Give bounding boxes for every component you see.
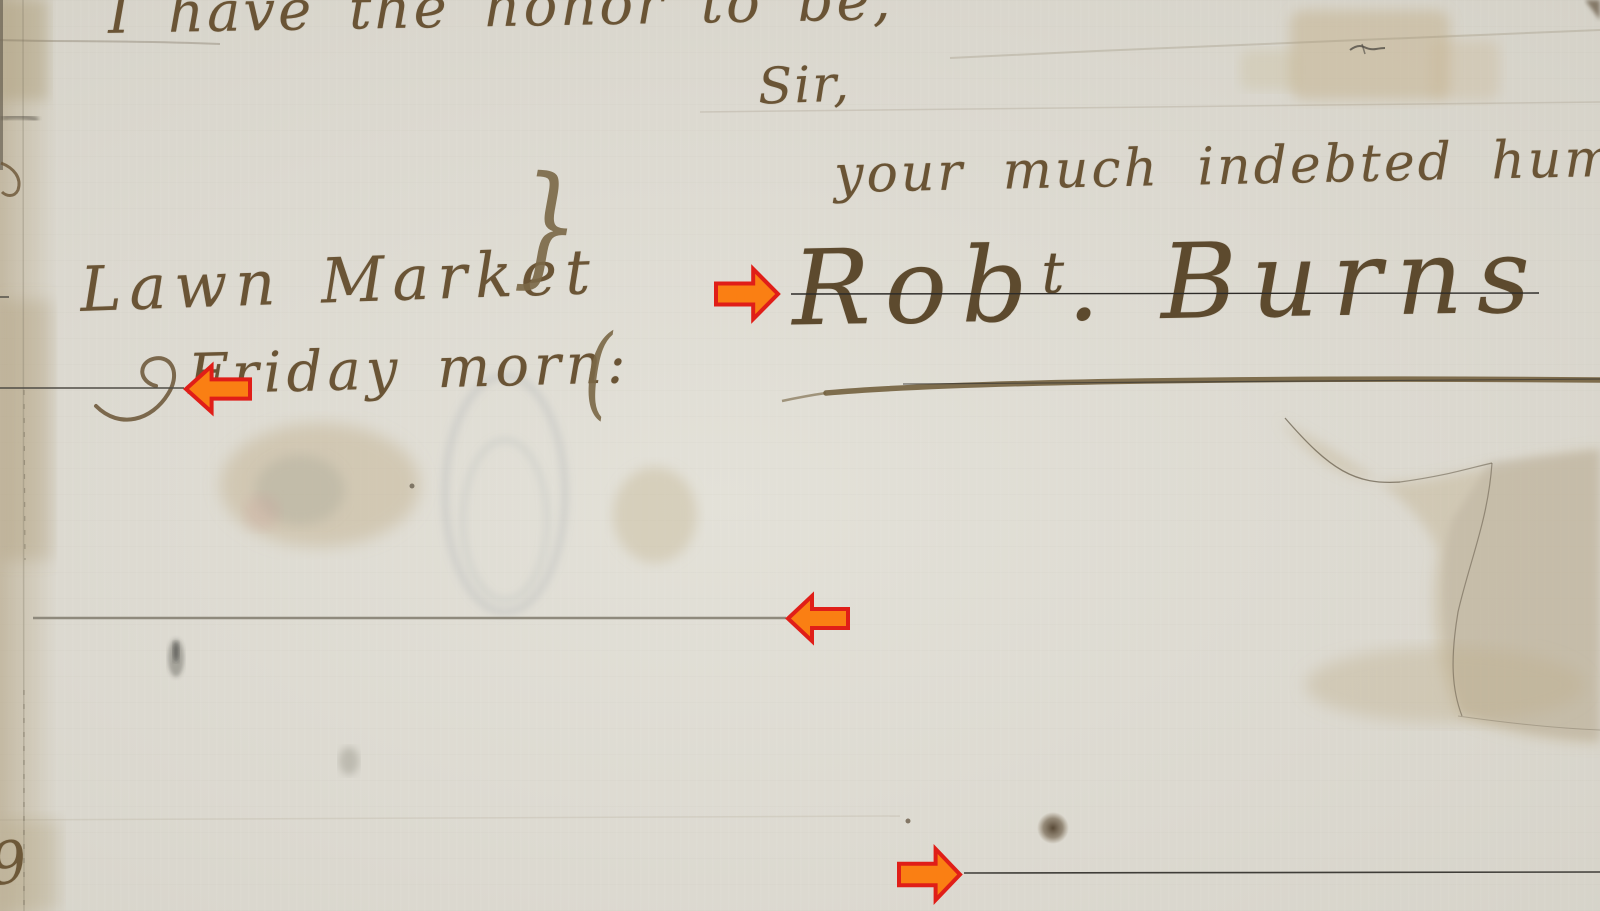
annotation-line-bottom xyxy=(964,872,1600,873)
embossed-stamp xyxy=(445,376,565,612)
signature-underline xyxy=(826,379,1600,393)
manuscript-date-line: Friday morn: xyxy=(187,336,631,404)
right-water-stain xyxy=(1280,420,1600,745)
signature-superscript: t xyxy=(1041,240,1067,306)
manuscript-signature: Robt. Burns xyxy=(791,223,1545,340)
manuscript-line-honor: I have the honor to be, xyxy=(108,0,894,43)
manuscript-paren: ( xyxy=(584,322,612,422)
annotation-line-signature-rule xyxy=(903,379,1600,384)
manuscript-brace: } xyxy=(512,158,581,293)
pencil-mark xyxy=(1350,44,1385,54)
signature-prefix: Rob xyxy=(791,223,1043,349)
ink-smudge xyxy=(168,639,184,677)
top-right-stain xyxy=(1290,10,1450,100)
left-edge-stain xyxy=(0,0,58,911)
center-left-stain xyxy=(220,423,420,547)
annotation-arrow-bottom xyxy=(899,849,960,900)
edge-ink-mark xyxy=(1,163,19,196)
manuscript-scan: I have the honor to be, Sir, your much i… xyxy=(0,0,1600,911)
date-flourish xyxy=(96,358,174,419)
annotation-arrow-signature xyxy=(716,269,778,319)
signature-suffix: . Burns xyxy=(1065,214,1545,344)
page-number: 9 xyxy=(0,832,31,895)
ink-blot xyxy=(1037,812,1069,844)
manuscript-closing-line: your much indebted humbly xyxy=(834,131,1600,201)
manuscript-salutation: Sir, xyxy=(757,58,851,111)
annotation-arrow-blank-area xyxy=(788,596,848,641)
gray-smudge xyxy=(339,747,359,775)
